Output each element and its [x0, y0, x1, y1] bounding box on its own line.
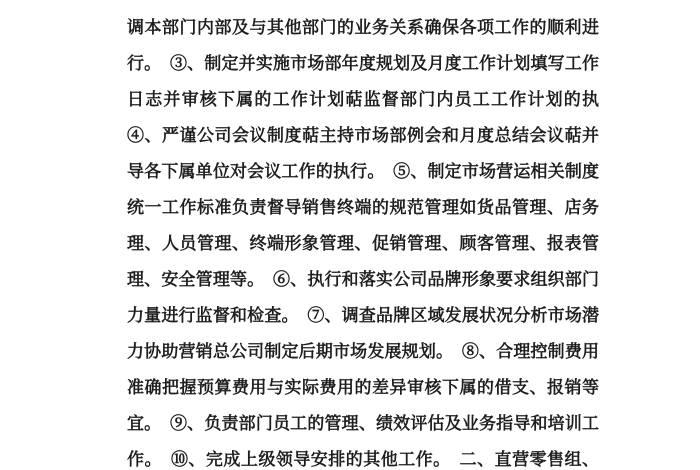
text-line: 调本部门内部及与其他部门的业务关系确保各项工作的顺利进	[127, 10, 599, 46]
document-text-block: 调本部门内部及与其他部门的业务关系确保各项工作的顺利进 行。 ③、制定并实施市场…	[127, 10, 599, 470]
text-line: 理、安全管理等。 ⑥、执行和落实公司品牌形象要求组织部门	[127, 262, 599, 298]
text-line: 统一工作标准负责督导销售终端的规范管理如货品管理、店务管	[127, 190, 599, 226]
text-line: 力协助营销总公司制定后期市场发展规划。 ⑧、合理控制费用	[127, 334, 599, 370]
text-line: ④、严谨公司会议制度萜主持市场部例会和月度总结会议萜并督	[127, 118, 599, 154]
text-line: 理、人员管理、终端形象管理、促销管理、顾客管理、报表管	[127, 226, 599, 262]
text-line: 宜。 ⑨、负责部门员工的管理、绩效评估及业务指导和培训工	[127, 406, 599, 442]
text-line: 导各下属单位对会议工作的执行。 ⑤、制定市场营运相关制度	[127, 154, 599, 190]
text-line: 准确把握预算费用与实际费用的差异审核下属的借支、报销等事	[127, 370, 599, 406]
document-page: 调本部门内部及与其他部门的业务关系确保各项工作的顺利进 行。 ③、制定并实施市场…	[0, 0, 700, 470]
text-line: 日志并审核下属的工作计划萜监督部门内员工工作计划的执行。	[127, 82, 599, 118]
text-line: 行。 ③、制定并实施市场部年度规划及月度工作计划填写工作	[127, 46, 599, 82]
text-line: 力量进行监督和检查。 ⑦、调查品牌区域发展状况分析市场潜	[127, 298, 599, 334]
text-line: 作。 ⑩、完成上级领导安排的其他工作。 二、直营零售组、退	[127, 442, 599, 470]
